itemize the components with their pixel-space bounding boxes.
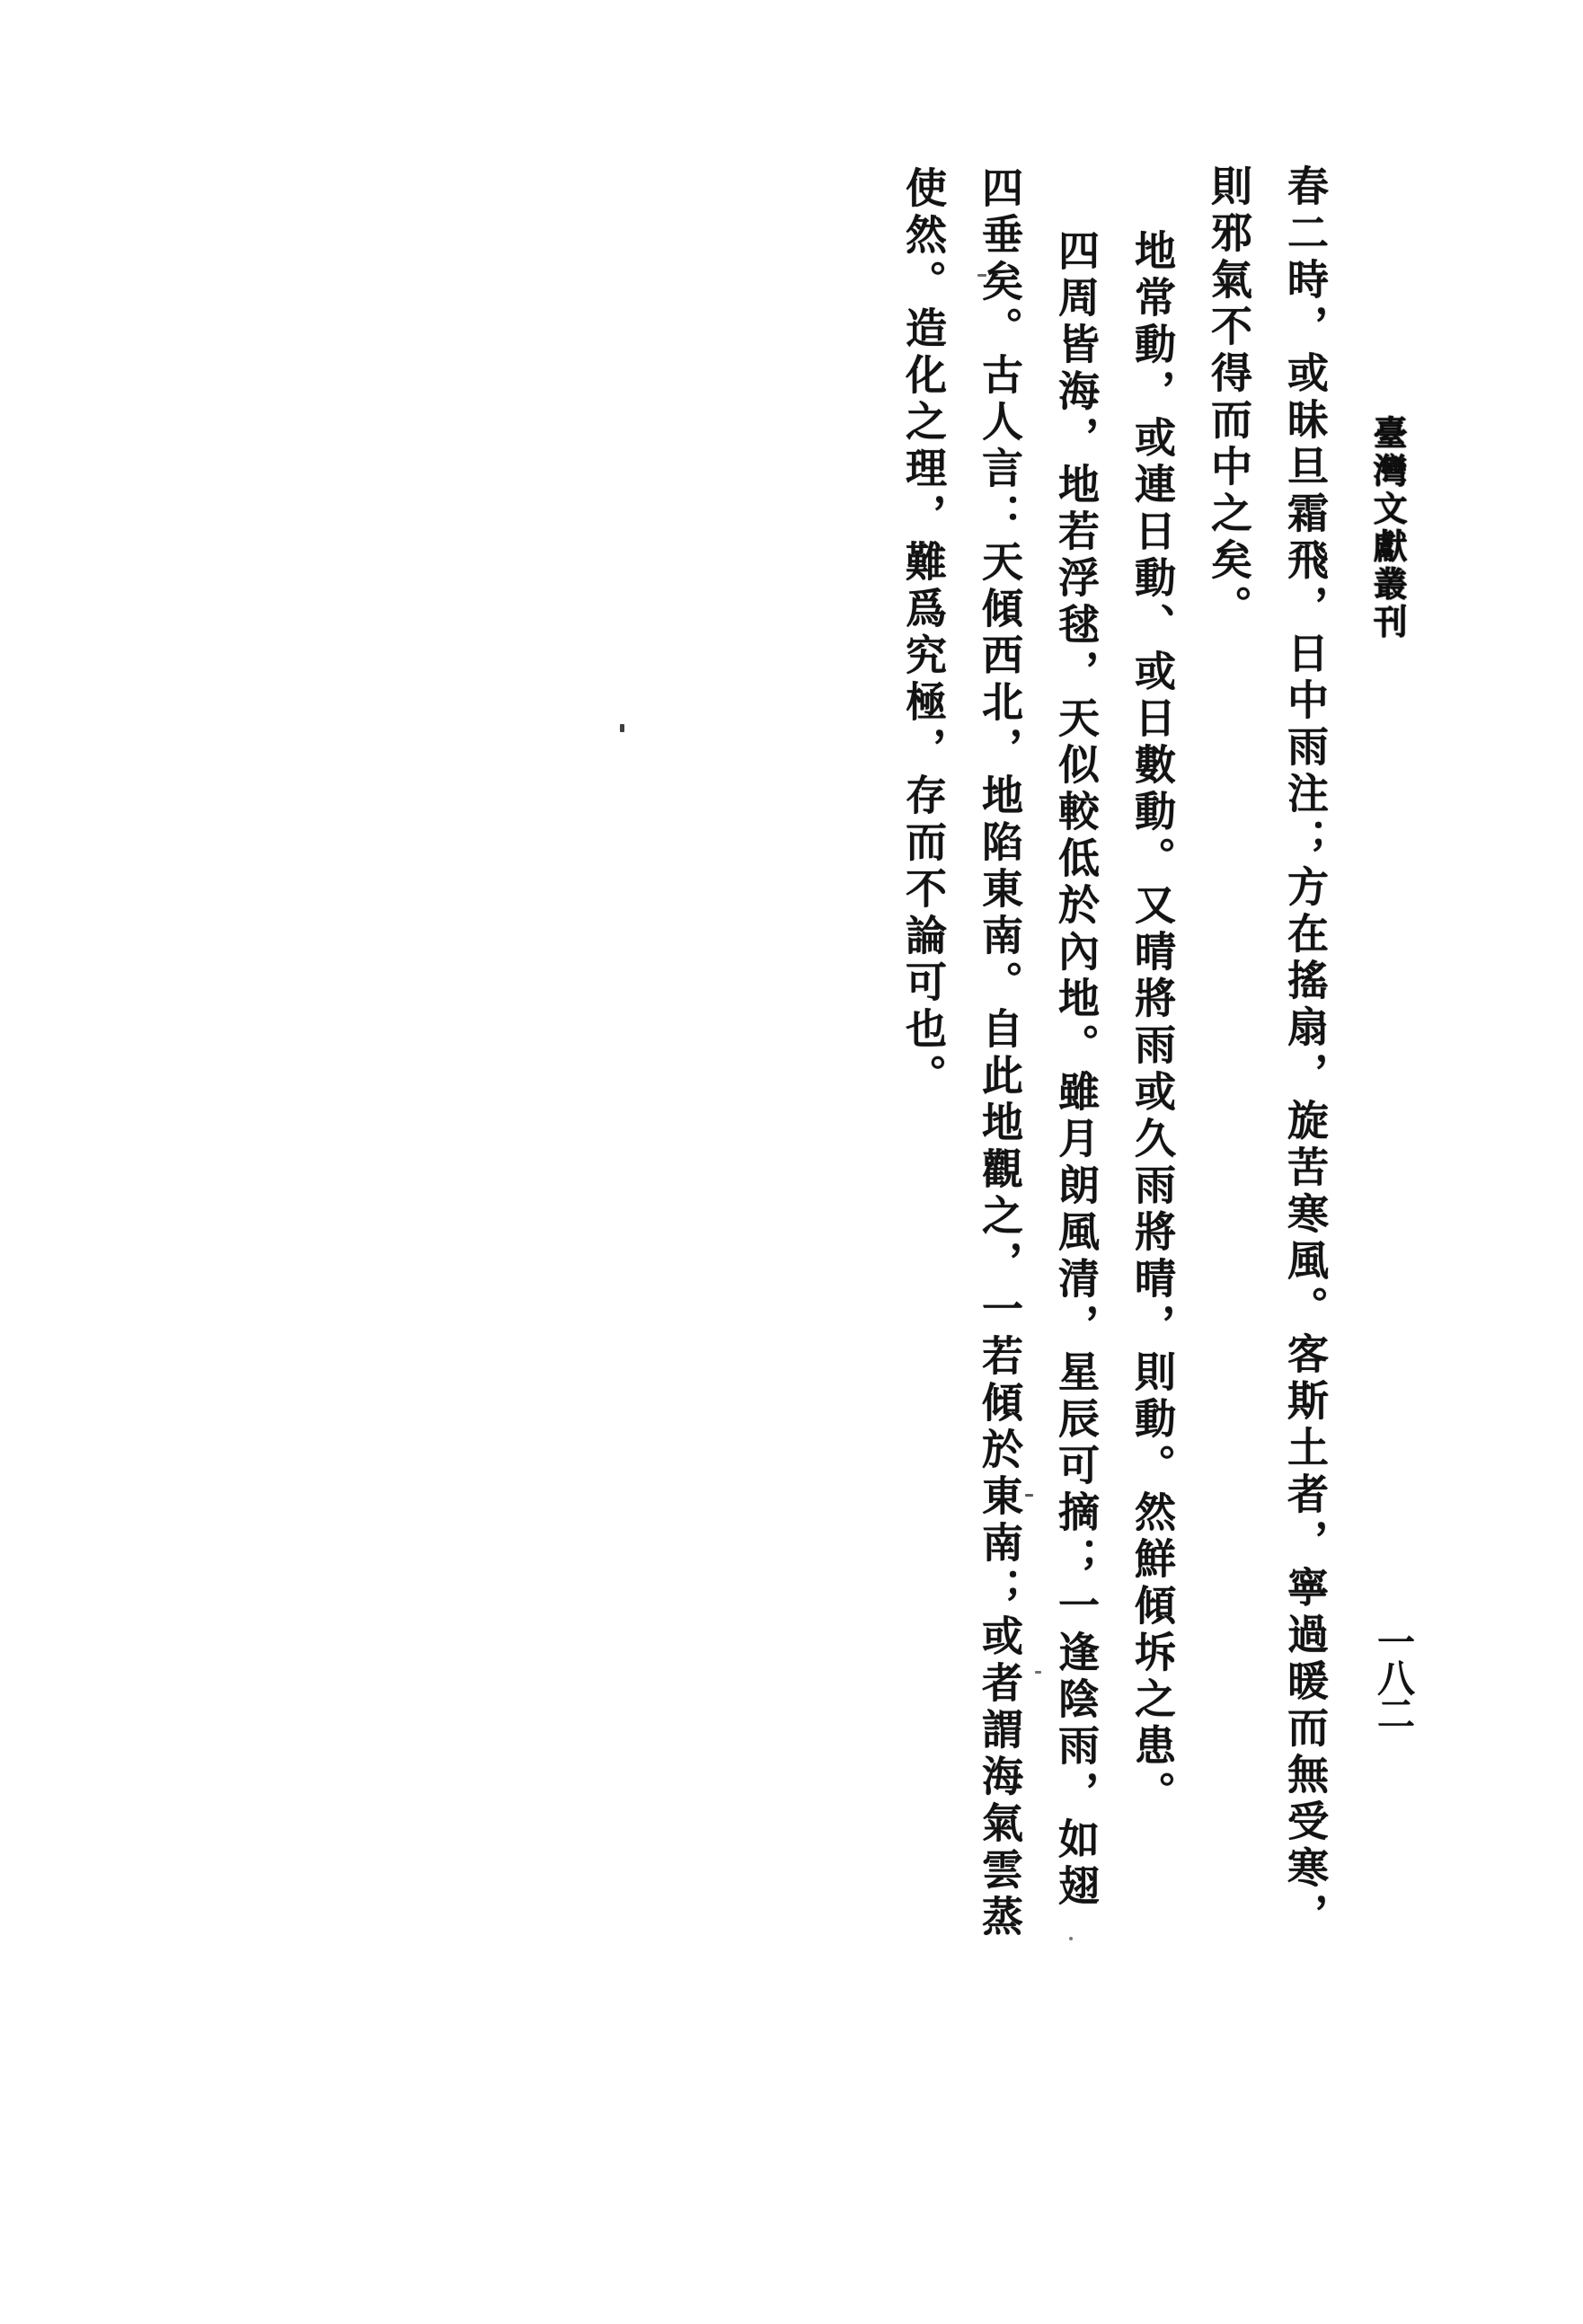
text-column-4: 四周皆海，地若浮毬，天似較低於內地。雖月朗風清，星辰可摘；一逢陰雨，如翅: [1048, 229, 1103, 1911]
ink-speck: [1069, 1937, 1073, 1940]
ink-speck: [1025, 1494, 1033, 1497]
page-number: 一八二: [1366, 1622, 1419, 1730]
text-column-3: 地常動，或連日動、或日數動。又晴將雨或久雨將晴，則動。然鮮傾坼之患。: [1124, 229, 1180, 1817]
text-column-1: 春二時，或昧旦霜飛，日中雨注；方在搖扇，旋苦寒風。客斯土者，寧過暖而無受寒，: [1277, 164, 1332, 1940]
text-column-5: 四垂矣。古人言：天傾西北，地陷東南。自此地觀之，一若傾於東南；或者謂海氣雲蒸: [971, 166, 1027, 1941]
text-column-6: 使然。造化之理，難爲究極，存而不論可也。: [895, 166, 951, 1100]
ink-speck: [620, 724, 624, 732]
ink-speck: [1035, 1671, 1041, 1674]
text-column-2: 則邪氣不得而中之矣。: [1200, 164, 1256, 632]
running-header-series-title: 臺灣文獻叢刊: [1358, 415, 1414, 641]
ink-speck: [977, 274, 986, 277]
scanned-page: 春二時，或昧旦霜飛，日中雨注；方在搖扇，旋苦寒風。客斯土者，寧過暖而無受寒， 則…: [0, 0, 1583, 2324]
